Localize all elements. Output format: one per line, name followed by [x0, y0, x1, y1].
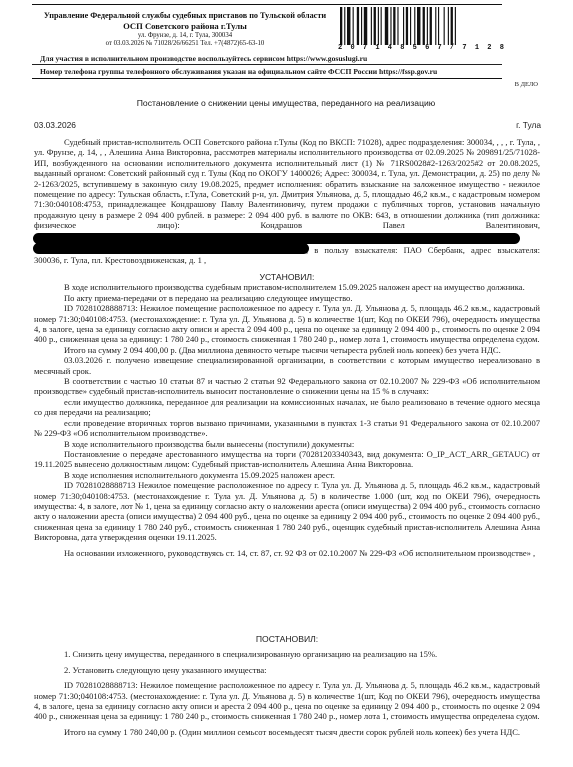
document-paragraph: В ходе исполнительного производства были… [34, 439, 540, 449]
barcode-digit: 1 [375, 44, 379, 52]
intro-text: Судебный пристав-исполнитель ОСП Советск… [34, 137, 540, 230]
barcode-digit: 5 [413, 44, 417, 52]
document-paragraph: ID 70281028888713: Нежилое помещение рас… [34, 303, 540, 345]
barcode-digit: 7 [363, 44, 367, 52]
header-rule-middle [32, 64, 502, 65]
document-date: 03.03.2026 [34, 120, 76, 130]
header-rule-bottom [32, 78, 502, 79]
issuing-organization: Управление Федеральной службы судебных п… [40, 10, 330, 48]
document-paragraph: если проведение вторичных торгов вызвано… [34, 418, 540, 439]
document-paragraph: Постановление о передаче арестованного и… [34, 449, 540, 470]
barcode-digit: 2 [487, 44, 491, 52]
document-paragraph: 2. Установить следующую цену указанного … [34, 665, 540, 675]
document-paragraph: Итого на сумму 1 780 240,00 р. (Один мил… [34, 727, 540, 737]
document-paragraph: На основании изложенного, руководствуясь… [34, 548, 540, 558]
resolved-paragraphs: 1. Снизить цену имущества, переданного в… [34, 649, 540, 737]
document-paragraph: ID 70281028888713 Нежилое помещение расп… [34, 480, 540, 542]
established-heading: УСТАНОВИЛ: [34, 272, 540, 282]
redaction-bar [33, 243, 309, 254]
document-paragraph: если имущество должника, переданное для … [34, 397, 540, 418]
file-stamp: В ДЕЛО [515, 81, 538, 88]
document-paragraph: В соответствии с частью 10 статьи 87 и ч… [34, 376, 540, 397]
org-name: Управление Федеральной службы судебных п… [40, 10, 330, 21]
barcode-digit: 6 [425, 44, 429, 52]
resolved-section: ПОСТАНОВИЛ: 1. Снизить цену имущества, п… [34, 634, 540, 737]
org-address: ул. Фрунзе, д. 14, г. Тула, 300034 [40, 32, 330, 40]
barcode-digit: 2 [338, 44, 342, 52]
barcode-digit: 7 [438, 44, 442, 52]
document-page: Управление Федеральной службы судебных п… [0, 0, 573, 767]
document-paragraph: Итого на сумму 2 094 400,00 р. (Два милл… [34, 345, 540, 355]
resolved-heading: ПОСТАНОВИЛ: [34, 634, 540, 644]
document-paragraph: 1. Снизить цену имущества, переданного в… [34, 649, 540, 659]
document-title: Постановление о снижении цены имущества,… [32, 98, 540, 108]
gosuslugi-notice: Для участия в исполнительном производств… [40, 54, 367, 63]
org-department: ОСП Советского района г.Тулы [40, 21, 330, 32]
barcode-icon [340, 7, 502, 45]
barcode-digit: 8 [500, 44, 504, 52]
org-reference: от 03.03.2026 № 71028/26/66251 Тел. +7(4… [40, 40, 330, 48]
header-rule-top [32, 4, 502, 5]
document-paragraph: В ходе исполнительного производства суде… [34, 282, 540, 292]
barcode-digit: 7 [462, 44, 466, 52]
established-paragraphs: В ходе исполнительного производства суде… [34, 282, 540, 558]
barcode-digit: 1 [475, 44, 479, 52]
document-paragraph: 03.03.2026 г. получено извещение специал… [34, 355, 540, 376]
barcode-digit: 8 [400, 44, 404, 52]
established-section: УСТАНОВИЛ: В ходе исполнительного произв… [34, 272, 540, 558]
document-paragraph: ID 70281028888713: Нежилое помещение рас… [34, 680, 540, 722]
barcode-digit: / [450, 44, 454, 52]
barcode-digit: 0 [350, 44, 354, 52]
document-paragraph: По акту приема-передачи от в передано на… [34, 293, 540, 303]
phone-notice: Номер телефона группы телефонного обслуж… [40, 67, 437, 76]
document-paragraph: В ходе исполнения исполнительного докуме… [34, 470, 540, 480]
barcode-digit: 4 [388, 44, 392, 52]
document-city: г. Тула [516, 120, 541, 130]
barcode-number: 207148567/7128 [338, 44, 504, 52]
